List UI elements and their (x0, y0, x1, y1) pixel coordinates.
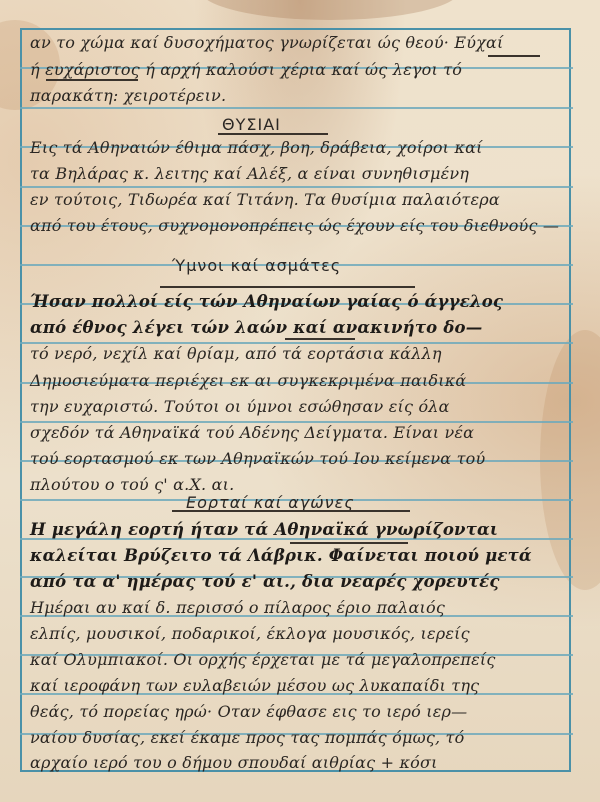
text-line: Ήσαν πολλοί είς τών Αθηναίων γαίας ό άγγ… (30, 292, 503, 311)
text-line: Ημέραι αυ καί δ. περισσό ο πίλαρος έριο … (30, 598, 445, 617)
rule-line (20, 186, 573, 188)
text-line: Δημοσιεύματα περιέχει εκ αι συγκεκριμένα… (30, 371, 466, 390)
text-line: Εις τά Αθηναιών έθιμα πάσχ, βοη, δράβεια… (30, 138, 483, 157)
text-line: ναίου δυσίας, εκεί έκαμε προς τας πομπάς… (30, 728, 464, 747)
text-line: αρχαίο ιερό του ο δήμου σπουδαί αιθρίας … (30, 753, 438, 772)
text-line: από του έτους, συχνομονοπρέπεις ώς έχουν… (30, 216, 559, 235)
text-line: πλούτου ο τού ς' α.Χ. αι. (30, 475, 234, 494)
underline (46, 79, 138, 81)
heading-underline (172, 510, 410, 512)
paper-stain (200, 0, 460, 20)
text-line: Η μεγάλη εορτή ήταν τά Αθηναϊκά γνωρίζον… (30, 520, 498, 539)
text-line: την ευχαριστώ. Τούτοι οι ύμνοι εσώθησαν … (30, 397, 450, 416)
text-line: τού εορτασμού εκ των Αθηναϊκών τού Ιου κ… (30, 449, 485, 468)
heading-underline (160, 286, 415, 288)
text-line: σχεδόν τά Αθηναϊκά τού Αδένης Δείγματα. … (30, 423, 474, 442)
text-line: τό νερό, νεχίλ καί θρίαμ, από τά εορτάσι… (30, 344, 442, 363)
text-line: εν τούτοις, Τιδωρέα καί Τιτάνη. Τα θυσίμ… (30, 190, 500, 209)
rule-line (20, 107, 573, 109)
text-line: τα Βηλάρας κ. λειτης καί Αλέξ, α είναι σ… (30, 164, 469, 183)
text-line: από έθνος λέγει τών λαών καί ανακινήτο δ… (30, 318, 482, 337)
text-line: ελπίς, μουσικοί, ποδαρικοί, έκλογα μουσι… (30, 624, 470, 643)
text-line: καλείται Βρύζειτο τά Λάβρικ. Φαίνεται πο… (30, 546, 532, 565)
text-line: θεάς, τό πορείας ηρώ· Οταν έφθασε εις το… (30, 702, 467, 721)
section-heading: Ύμνοι καί ασμάτες (172, 256, 341, 275)
text-line: καί ιεροφάνη των ευλαβειών μέσου ως λυκα… (30, 676, 479, 695)
text-line: ή ευχάριστος ή αρχή καλούσι χέρια καί ώς… (30, 60, 462, 79)
section-heading: ΘΥΣΙΑΙ (222, 115, 281, 134)
underline (285, 338, 355, 340)
heading-underline (218, 133, 328, 135)
text-line: παρακάτη: χειροτέρειν. (30, 86, 226, 105)
text-line: αν το χώμα καί δυσοχήματος γνωρίζεται ώς… (30, 33, 504, 52)
underline (290, 542, 408, 544)
notebook-page: αν το χώμα καί δυσοχήματος γνωρίζεται ώς… (0, 0, 600, 802)
text-line: καί Ολυμπιακοί. Οι ορχής έρχεται με τά μ… (30, 650, 496, 669)
underline (488, 55, 540, 57)
text-line: από τα α' ημέρας τού ε' αι., δια νεαρές … (30, 572, 500, 591)
